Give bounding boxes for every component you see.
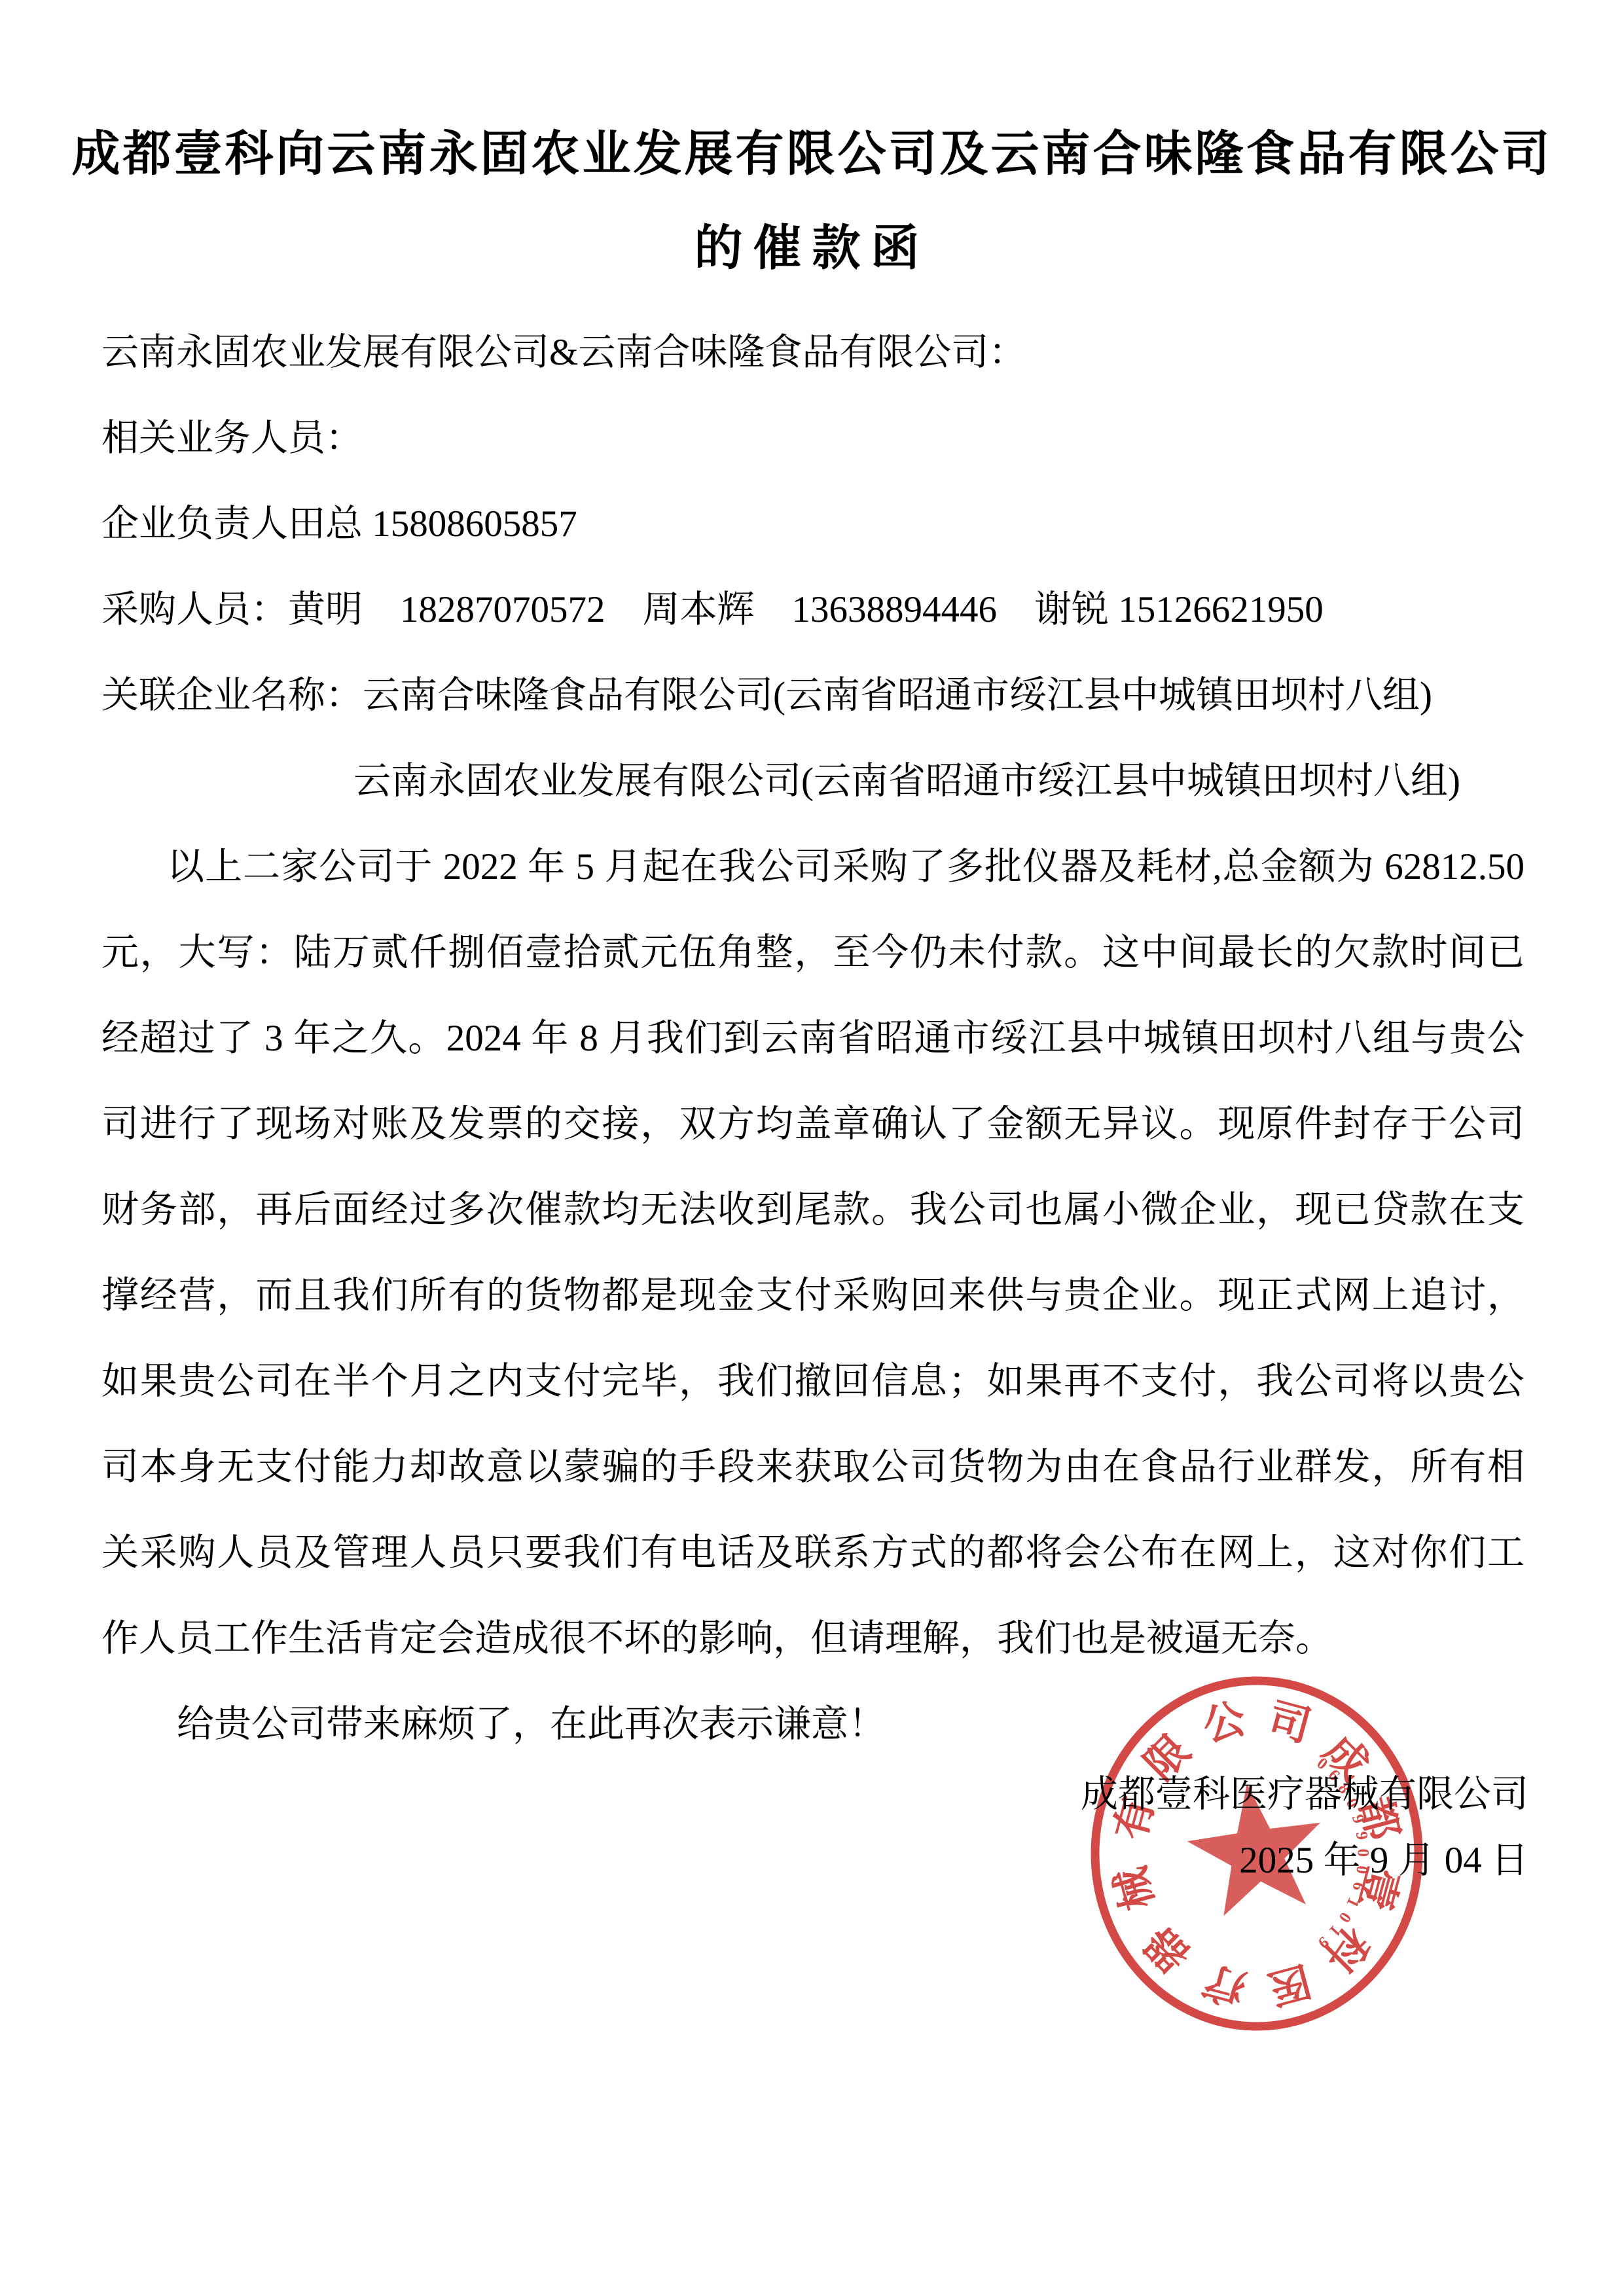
letter-title-line2: 的催款函 (0, 209, 1624, 279)
manager-contact-line: 企业负责人田总 15808605857 (101, 481, 1525, 567)
svg-text:器: 器 (1136, 1918, 1199, 1981)
letter-title-line1: 成都壹科向云南永固农业发展有限公司及云南合味隆食品有限公司 (0, 115, 1624, 185)
related-company-line-2: 云南永固农业发展有限公司(云南省昭通市绥江县中城镇田坝村八组) (101, 738, 1525, 824)
body-paragraph-line: 元，大写：陆万贰仟捌佰壹拾贰元伍角整，至今仍未付款。这中间最长的欠款时间已 (101, 910, 1525, 996)
svg-text:司: 司 (1263, 1695, 1316, 1750)
body-paragraph-line: 财务部，再后面经过多次催款均无法收到尾款。我公司也属小微企业，现已贷款在支 (101, 1167, 1525, 1253)
signature-date: 2025 年 9 月 04 日 (1239, 1818, 1528, 1903)
body-paragraph-line: 撑经营，而且我们所有的货物都是现金支付采购回来供与贵企业。现正式网上追讨， (101, 1253, 1525, 1338)
svg-text:公: 公 (1198, 1695, 1250, 1750)
body-paragraph-line: 司进行了现场对账及发票的交接，双方均盖章确认了金额无异议。现原件封存于公司 (101, 1081, 1525, 1167)
body-paragraph-line: 作人员工作生活肯定会造成很不坏的影响，但请理解，我们也是被逼无奈。 (101, 1596, 1525, 1681)
recipient-line: 云南永固农业发展有限公司&云南合味隆食品有限公司： (101, 310, 1525, 395)
body-paragraph-line: 司本身无支付能力却故意以蒙骗的手段来获取公司货物为由在食品行业群发，所有相 (101, 1424, 1525, 1510)
body-paragraph-line: 如果贵公司在半个月之内支付完毕，我们撤回信息；如果再不支付，我公司将以贵公 (101, 1338, 1525, 1424)
demand-letter-page: 成都壹科向云南永固农业发展有限公司及云南合味隆食品有限公司 的催款函 云南永固农… (0, 0, 1624, 2296)
purchasers-contact-line: 采购人员：黄明 18287070572 周本辉 13638894446 谢锐 1… (101, 567, 1525, 653)
related-company-line-1: 关联企业名称：云南合味隆食品有限公司(云南省昭通市绥江县中城镇田坝村八组) (101, 653, 1525, 738)
letter-body: 云南永固农业发展有限公司&云南合味隆食品有限公司： 相关业务人员： 企业负责人田… (101, 310, 1525, 1767)
body-paragraph-line: 关采购人员及管理人员只要我们有电话及联系方式的都将会公布在网上，这对你们工 (101, 1510, 1525, 1596)
svg-text:医: 医 (1263, 1956, 1316, 2012)
body-paragraph-line: 经超过了 3 年之久。2024 年 8 月我们到云南省昭通市绥江县中城镇田坝村八… (101, 996, 1525, 1081)
body-paragraph-line: 以上二家公司于 2022 年 5 月起在我公司采购了多批仪器及耗材,总金额为 6… (101, 824, 1525, 910)
staff-label-line: 相关业务人员： (101, 395, 1525, 481)
svg-text:械: 械 (1107, 1862, 1163, 1914)
svg-text:疗: 疗 (1198, 1956, 1250, 2012)
